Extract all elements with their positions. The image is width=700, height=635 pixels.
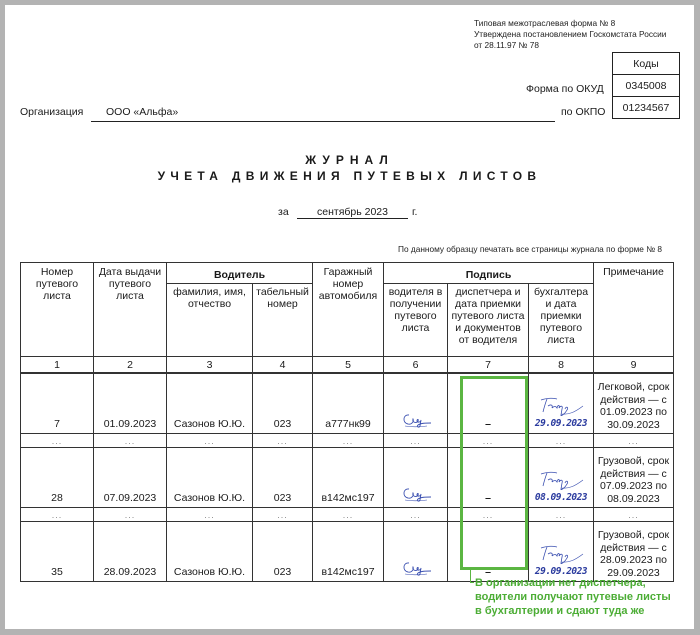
accountant-signature-icon — [530, 544, 592, 566]
cell-accountant-signature: 29.09.2023 — [529, 373, 594, 434]
journal-subtitle: УЧЕТА ДВИЖЕНИЯ ПУТЕВЫХ ЛИСТОВ — [5, 169, 694, 183]
ellipsis-cell: ... — [253, 508, 313, 522]
print-note: По данному образцу печатать все страницы… — [398, 244, 662, 254]
ellipsis-cell: ... — [253, 434, 313, 448]
okud-label: Форма по ОКУД — [526, 83, 604, 95]
ellipsis-cell: ... — [384, 508, 448, 522]
accountant-signature-icon — [530, 396, 592, 418]
cell-personnel-no: 023 — [253, 448, 313, 508]
accountant-signature-icon — [530, 470, 592, 492]
journal-body: 701.09.2023Сазонов Ю.Ю.023а777нк99–29.09… — [21, 373, 674, 582]
annotation-line-2: водители получают путевые листы — [475, 590, 671, 604]
cell-personnel-no: 023 — [253, 373, 313, 434]
cell-garage-no: а777нк99 — [313, 373, 384, 434]
ellipsis-cell: ... — [384, 434, 448, 448]
cell-driver-signature — [384, 522, 448, 582]
header-sig-dispatcher: диспетчера и дата приемки путевого листа… — [448, 284, 529, 357]
ellipsis-cell: ... — [167, 508, 253, 522]
cell-personnel-no: 023 — [253, 522, 313, 582]
table-row: 2807.09.2023Сазонов Ю.Ю.023в142мс197–08.… — [21, 448, 674, 508]
ellipsis-cell: ... — [594, 508, 674, 522]
header-driver-group: Водитель — [167, 263, 313, 284]
column-number: 3 — [167, 357, 253, 374]
approval-line-1: Типовая межотраслевая форма № 8 — [474, 18, 666, 29]
column-numbers-row: 123456789 — [21, 357, 674, 374]
cell-driver-signature — [384, 373, 448, 434]
organization-underline — [91, 121, 555, 122]
ellipsis-cell: ... — [529, 508, 594, 522]
header-note: Примечание — [594, 263, 674, 357]
header-driver-personnel-no: табельный номер — [253, 284, 313, 357]
ellipsis-cell: ... — [94, 508, 167, 522]
ellipsis-cell: ... — [21, 434, 94, 448]
column-number: 8 — [529, 357, 594, 374]
annotation-connector — [470, 569, 471, 582]
cell-note: Грузовой, срок действия — с 28.09.2023 п… — [594, 522, 674, 582]
okpo-value: 01234567 — [613, 97, 680, 119]
accountant-date: 08.09.2023 — [530, 492, 592, 504]
header-issue-date: Дата выдачи путевого листа — [94, 263, 167, 357]
header-sig-driver: водителя в получении путевого листа — [384, 284, 448, 357]
period-suffix: г. — [412, 206, 417, 218]
ellipsis-cell: ... — [529, 434, 594, 448]
cell-driver-name: Сазонов Ю.Ю. — [167, 448, 253, 508]
header-signature-group: Подпись — [384, 263, 594, 284]
approval-line-2: Утверждена постановлением Госкомстата Ро… — [474, 29, 666, 40]
cell-issue-date: 28.09.2023 — [94, 522, 167, 582]
okud-value: 0345008 — [613, 75, 680, 97]
cell-garage-no: в142мс197 — [313, 522, 384, 582]
okpo-label: по ОКПО — [561, 106, 605, 118]
ellipsis-cell: ... — [313, 508, 384, 522]
accountant-date: 29.09.2023 — [530, 418, 592, 430]
period-value: сентябрь 2023 — [297, 206, 408, 218]
period-underline — [297, 218, 408, 219]
dispatcher-annotation: В организации нет диспетчера, водители п… — [475, 576, 671, 618]
column-number: 9 — [594, 357, 674, 374]
table-row: 701.09.2023Сазонов Ю.Ю.023а777нк99–29.09… — [21, 373, 674, 434]
column-number: 1 — [21, 357, 94, 374]
cell-accountant-signature: 08.09.2023 — [529, 448, 594, 508]
column-number: 5 — [313, 357, 384, 374]
cell-issue-date: 07.09.2023 — [94, 448, 167, 508]
ellipsis-cell: ... — [594, 434, 674, 448]
driver-signature-icon — [385, 410, 446, 430]
period-prefix: за — [278, 206, 289, 218]
annotation-line-1: В организации нет диспетчера, — [475, 576, 671, 590]
ellipsis-cell: ... — [94, 434, 167, 448]
journal-page: Типовая межотраслевая форма № 8 Утвержде… — [5, 5, 694, 629]
cell-note: Грузовой, срок действия — с 07.09.2023 п… — [594, 448, 674, 508]
dispatcher-column-highlight — [460, 376, 528, 570]
cell-waybill-number: 7 — [21, 373, 94, 434]
organization-label: Организация — [20, 106, 83, 118]
cell-issue-date: 01.09.2023 — [94, 373, 167, 434]
column-number: 2 — [94, 357, 167, 374]
table-row: 3528.09.2023Сазонов Ю.Ю.023в142мс197–29.… — [21, 522, 674, 582]
organization-value: ООО «Альфа» — [106, 106, 178, 118]
cell-garage-no: в142мс197 — [313, 448, 384, 508]
driver-signature-icon — [385, 558, 446, 578]
header-driver-name: фамилия, имя, отчество — [167, 284, 253, 357]
header-sig-accountant: бухгалтера и дата приемки путевого листа — [529, 284, 594, 357]
driver-signature-icon — [385, 484, 446, 504]
cell-driver-name: Сазонов Ю.Ю. — [167, 522, 253, 582]
codes-header: Коды — [613, 53, 680, 75]
cell-waybill-number: 35 — [21, 522, 94, 582]
annotation-connector-tick — [470, 582, 474, 583]
header-waybill-number: Номер путевого листа — [21, 263, 94, 357]
cell-waybill-number: 28 — [21, 448, 94, 508]
ellipsis-cell: ... — [167, 434, 253, 448]
column-number: 4 — [253, 357, 313, 374]
ellipsis-cell: ... — [21, 508, 94, 522]
codes-table: Коды 0345008 01234567 — [612, 52, 680, 119]
column-number: 6 — [384, 357, 448, 374]
waybill-journal-table: Номер путевого листа Дата выдачи путевог… — [20, 262, 674, 582]
journal-title: ЖУРНАЛ — [5, 153, 694, 167]
cell-driver-name: Сазонов Ю.Ю. — [167, 373, 253, 434]
approval-line-3: от 28.11.97 № 78 — [474, 40, 666, 51]
cell-note: Легковой, срок действия — с 01.09.2023 п… — [594, 373, 674, 434]
annotation-line-3: в бухгалтерии и сдают туда же — [475, 604, 671, 618]
ellipsis-cell: ... — [313, 434, 384, 448]
ellipsis-row: ........................... — [21, 508, 674, 522]
header-garage-number: Гаражный номер автомобиля — [313, 263, 384, 357]
cell-accountant-signature: 29.09.2023 — [529, 522, 594, 582]
form-approval-note: Типовая межотраслевая форма № 8 Утвержде… — [474, 18, 666, 51]
cell-driver-signature — [384, 448, 448, 508]
ellipsis-row: ........................... — [21, 434, 674, 448]
column-number: 7 — [448, 357, 529, 374]
